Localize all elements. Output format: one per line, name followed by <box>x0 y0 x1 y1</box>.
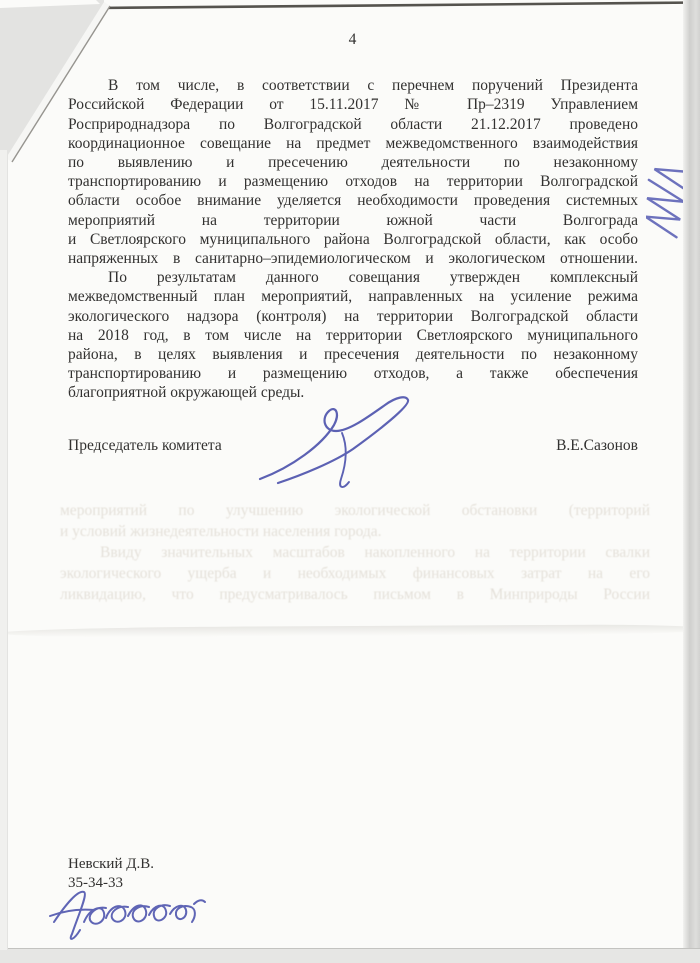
ghost-line: экологического ущерба и необходимых фина… <box>60 563 650 584</box>
text-line: транспортированию и размещению отходов н… <box>68 172 638 191</box>
text-line: по выявлению и пресечению деятельности п… <box>68 153 638 172</box>
underlying-sheet-edge <box>0 624 700 638</box>
text-line: межведомственный план мероприятий, напра… <box>68 287 638 306</box>
text-line: района, в целях выявления и пресечения д… <box>68 345 638 364</box>
ghost-line: и условий жизнедеятельности населения го… <box>60 521 650 542</box>
text-line: на 2018 год, в том числе на территории С… <box>68 326 638 345</box>
text-line: области особое внимание уделяется необхо… <box>68 191 638 210</box>
scanned-document-page: мероприятий по улучшению экологической о… <box>0 0 700 963</box>
ghost-line: Ввиду значительных масштабов накопленног… <box>60 542 650 563</box>
document-body: 4 В том числе, в соответствии с перечнем… <box>68 30 638 403</box>
scan-left-edge <box>0 150 8 950</box>
text-line: и Светлоярского муниципального района Во… <box>68 230 638 249</box>
text-line: По результатам данного совещания утвержд… <box>68 268 638 287</box>
executor-name: Невский Д.В. <box>68 855 154 874</box>
paragraph-1: В том числе, в соответствии с перечнем п… <box>68 76 638 268</box>
scan-right-edge <box>683 0 700 963</box>
text-line: координационное совещание на предмет меж… <box>68 134 638 153</box>
sazonov-signature-ink <box>250 393 420 498</box>
ghost-line: ликвидацию, что предусматривалось письмо… <box>60 584 650 605</box>
text-line: напряженных в санитарно–эпидемиологическ… <box>68 249 638 268</box>
folded-corner-area <box>0 0 130 170</box>
signer-position-title: Председатель комитета <box>68 437 222 455</box>
text-line: мероприятий на территории южной части Во… <box>68 211 638 230</box>
ghost-line: мероприятий по улучшению экологической о… <box>60 500 650 521</box>
text-line: транспортированию и размещению отходов, … <box>68 364 638 383</box>
scan-bottom-edge <box>0 948 700 963</box>
text-line: Росприроднадзора по Волгоградской област… <box>68 115 638 134</box>
text-line: Российской Федерации от 15.11.2017 № Пр–… <box>68 95 638 114</box>
paragraph-2: По результатам данного совещания утвержд… <box>68 268 638 402</box>
bleed-through-text: мероприятий по улучшению экологической о… <box>60 500 650 605</box>
text-line: экологического надзора (контроля) на тер… <box>68 307 638 326</box>
nevsky-signature-ink <box>48 882 238 944</box>
page-number: 4 <box>68 30 638 49</box>
signer-name: В.Е.Сазонов <box>556 437 638 455</box>
text-line: В том числе, в соответствии с перечнем п… <box>68 76 638 95</box>
